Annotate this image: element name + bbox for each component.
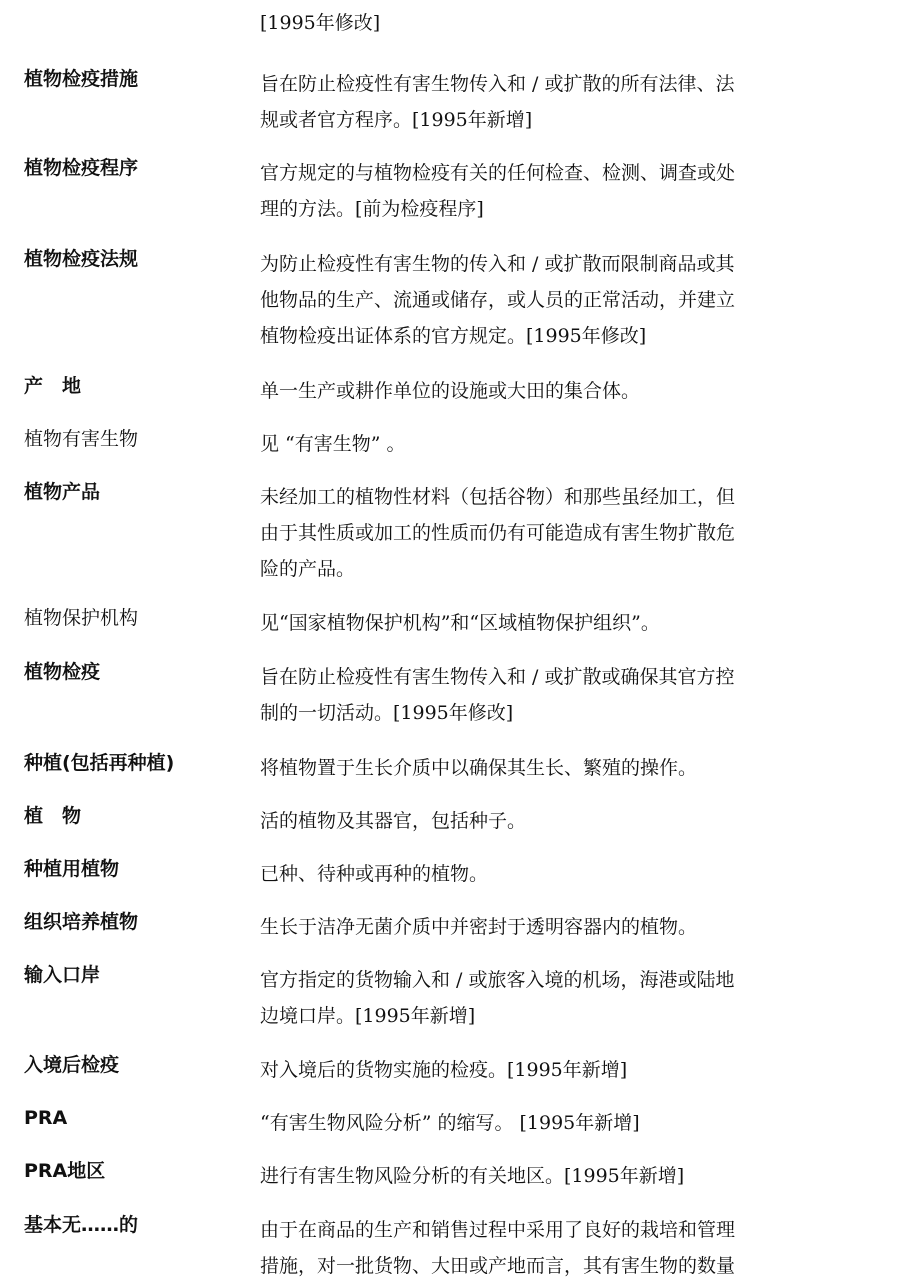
- definition-line: 将植物置于生长介质中以确保其生长、繁殖的操作。: [260, 750, 860, 786]
- definition-line: 进行有害生物风险分析的有关地区。[1995年新增]: [260, 1158, 860, 1194]
- entry-term: 组织培养植物: [24, 909, 138, 935]
- definition-line: 活的植物及其器官，包括种子。: [260, 803, 860, 839]
- definition-line: 见 “有害生物” 。: [260, 426, 860, 462]
- entry-definition: 已种、待种或再种的植物。: [260, 856, 860, 892]
- definition-line: 他物品的生产、流通或储存，或人员的正常活动，并建立: [260, 282, 860, 318]
- entry-term: 植 物: [24, 803, 81, 829]
- entry-definition: 官方规定的与植物检疫有关的任何检查、检测、调查或处 理的方法。[前为检疫程序]: [260, 155, 860, 227]
- definition-line: 旨在防止检疫性有害生物传入和 / 或扩散的所有法律、法: [260, 66, 860, 102]
- entry-term: 产 地: [24, 373, 81, 399]
- entry-term: 种植(包括再种植): [24, 750, 174, 776]
- entry-term: 输入口岸: [24, 962, 100, 988]
- definition-line: 规或者官方程序。[1995年新增]: [260, 102, 860, 138]
- entry-definition: 官方指定的货物输入和 / 或旅客入境的机场，海港或陆地 边境口岸。[1995年新…: [260, 962, 860, 1034]
- entry-term: 植物保护机构: [24, 605, 138, 631]
- entry-term: PRA: [24, 1105, 67, 1131]
- entry-definition: 见 “有害生物” 。: [260, 426, 860, 462]
- definition-line: 未经加工的植物性材料（包括谷物）和那些虽经加工，但: [260, 479, 860, 515]
- continuation-note: [1995年修改]: [260, 10, 380, 36]
- entry-term: 基本无……的: [24, 1212, 138, 1238]
- entry-definition: 生长于洁净无菌介质中并密封于透明容器内的植物。: [260, 909, 860, 945]
- entry-definition: 旨在防止检疫性有害生物传入和 / 或扩散的所有法律、法 规或者官方程序。[199…: [260, 66, 860, 138]
- definition-line: 险的产品。: [260, 551, 860, 587]
- definition-line: 植物检疫出证体系的官方规定。[1995年修改]: [260, 318, 860, 354]
- definition-line: 边境口岸。[1995年新增]: [260, 998, 860, 1034]
- entry-definition: 进行有害生物风险分析的有关地区。[1995年新增]: [260, 1158, 860, 1194]
- definition-line: 见“国家植物保护机构”和“区域植物保护组织”。: [260, 605, 860, 641]
- entry-definition: 对入境后的货物实施的检疫。[1995年新增]: [260, 1052, 860, 1088]
- entry-term: 植物检疫法规: [24, 246, 138, 272]
- entry-term: 植物检疫措施: [24, 66, 138, 92]
- definition-line: 理的方法。[前为检疫程序]: [260, 191, 860, 227]
- entry-definition: 将植物置于生长介质中以确保其生长、繁殖的操作。: [260, 750, 860, 786]
- entry-term: 植物检疫程序: [24, 155, 138, 181]
- entry-definition: 未经加工的植物性材料（包括谷物）和那些虽经加工，但 由于其性质或加工的性质而仍有…: [260, 479, 860, 587]
- entry-term: PRA地区: [24, 1158, 105, 1184]
- entry-term: 植物检疫: [24, 659, 100, 685]
- entry-term: 植物有害生物: [24, 426, 138, 452]
- definition-line: 已种、待种或再种的植物。: [260, 856, 860, 892]
- entry-definition: 由于在商品的生产和销售过程中采用了良好的栽培和管理 措施，对一批货物、大田或产地…: [260, 1212, 860, 1284]
- definition-line: 旨在防止检疫性有害生物传入和 / 或扩散或确保其官方控: [260, 659, 860, 695]
- entry-term: 入境后检疫: [24, 1052, 119, 1078]
- entry-term: 种植用植物: [24, 856, 119, 882]
- definition-line: 生长于洁净无菌介质中并密封于透明容器内的植物。: [260, 909, 860, 945]
- entry-definition: 单一生产或耕作单位的设施或大田的集合体。: [260, 373, 860, 409]
- entry-definition: “有害生物风险分析” 的缩写。 [1995年新增]: [260, 1105, 860, 1141]
- entry-definition: 见“国家植物保护机构”和“区域植物保护组织”。: [260, 605, 860, 641]
- definition-line: “有害生物风险分析” 的缩写。 [1995年新增]: [260, 1105, 860, 1141]
- entry-term: 植物产品: [24, 479, 100, 505]
- definition-line: 由于其性质或加工的性质而仍有可能造成有害生物扩散危: [260, 515, 860, 551]
- definition-line: 官方规定的与植物检疫有关的任何检查、检测、调查或处: [260, 155, 860, 191]
- definition-line: 为防止检疫性有害生物的传入和 / 或扩散而限制商品或其: [260, 246, 860, 282]
- definition-line: 由于在商品的生产和销售过程中采用了良好的栽培和管理: [260, 1212, 860, 1248]
- definition-line: 单一生产或耕作单位的设施或大田的集合体。: [260, 373, 860, 409]
- definition-line: 措施，对一批货物、大田或产地而言，其有害生物的数量: [260, 1248, 860, 1284]
- entry-definition: 活的植物及其器官，包括种子。: [260, 803, 860, 839]
- definition-line: 制的一切活动。[1995年修改]: [260, 695, 860, 731]
- entry-definition: 旨在防止检疫性有害生物传入和 / 或扩散或确保其官方控 制的一切活动。[1995…: [260, 659, 860, 731]
- definition-line: 对入境后的货物实施的检疫。[1995年新增]: [260, 1052, 860, 1088]
- definition-line: 官方指定的货物输入和 / 或旅客入境的机场，海港或陆地: [260, 962, 860, 998]
- entry-definition: 为防止检疫性有害生物的传入和 / 或扩散而限制商品或其 他物品的生产、流通或储存…: [260, 246, 860, 354]
